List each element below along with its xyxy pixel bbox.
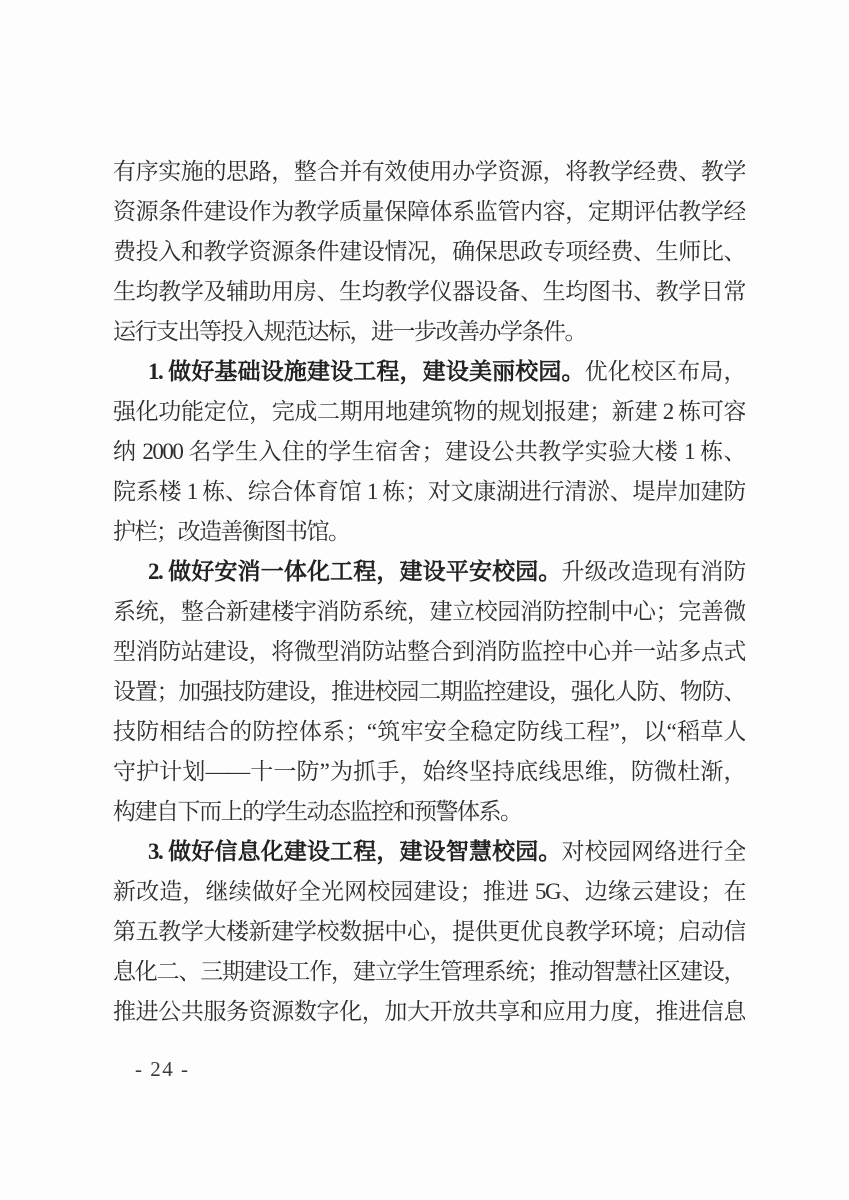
text-segment: 型消防站建设，将微型消防站整合到消防监控中心并一站多点式 <box>113 639 745 664</box>
text-line: 息化二、三期建设工作，建立学生管理系统；推动智慧社区建设， <box>113 952 745 992</box>
text-line: 生均教学及辅助用房、生均教学仪器设备、生均图书、教学日常 <box>113 272 745 312</box>
text-line: 资源条件建设作为教学质量保障体系监管内容，定期评估教学经 <box>113 192 745 232</box>
text-line: 护栏；改造善衡图书馆。 <box>113 512 745 552</box>
paragraph-3: 2. 做好安消一体化工程，建设平安校园。升级改造现有消防系统，整合新建楼宇消防系… <box>113 552 745 832</box>
text-segment: 推进公共服务资源数字化，加大开放共享和应用力度，推进信息 <box>113 999 745 1024</box>
text-line: 设置；加强技防建设，推进校园二期监控建设，强化人防、物防、 <box>113 672 745 712</box>
text-line: 构建自下而上的学生动态监控和预警体系。 <box>113 792 745 832</box>
text-segment: 费投入和教学资源条件建设情况，确保思政专项经费、生师比、 <box>113 239 745 264</box>
text-line: 型消防站建设，将微型消防站整合到消防监控中心并一站多点式 <box>113 632 745 672</box>
text-line: 2. 做好安消一体化工程，建设平安校园。升级改造现有消防 <box>113 552 745 592</box>
text-line: 院系楼 1 栋、综合体育馆 1 栋；对文康湖进行清淤、堤岸加建防 <box>113 472 745 512</box>
text-line: 有序实施的思路，整合并有效使用办学资源，将教学经费、教学 <box>113 152 745 192</box>
text-line: 守护计划——十一防”为抓手，始终坚持底线思维，防微杜渐， <box>113 752 745 792</box>
bold-heading-segment: 2. 做好安消一体化工程，建设平安校园。 <box>148 559 562 584</box>
page-number: - 24 - <box>135 1056 190 1082</box>
text-segment: 对校园网络进行全 <box>562 839 745 864</box>
text-line: 纳 2000 名学生入住的学生宿舍；建设公共教学实验大楼 1 栋、 <box>113 432 745 472</box>
text-line: 1. 做好基础设施建设工程，建设美丽校园。优化校区布局， <box>113 352 745 392</box>
text-segment: 优化校区布局， <box>585 359 745 384</box>
text-segment: 系统，整合新建楼宇消防系统，建立校园消防控制中心；完善微 <box>113 599 745 624</box>
text-line: 3. 做好信息化建设工程，建设智慧校园。对校园网络进行全 <box>113 832 745 872</box>
paragraph-1: 有序实施的思路，整合并有效使用办学资源，将教学经费、教学资源条件建设作为教学质量… <box>113 152 745 352</box>
text-line: 新改造，继续做好全光网校园建设；推进 5G、边缘云建设；在 <box>113 872 745 912</box>
bold-heading-segment: 3. 做好信息化建设工程，建设智慧校园。 <box>148 839 562 864</box>
document-page: 有序实施的思路，整合并有效使用办学资源，将教学经费、教学资源条件建设作为教学质量… <box>0 0 849 1200</box>
text-line: 推进公共服务资源数字化，加大开放共享和应用力度，推进信息 <box>113 992 745 1032</box>
paragraph-4: 3. 做好信息化建设工程，建设智慧校园。对校园网络进行全新改造，继续做好全光网校… <box>113 832 745 1032</box>
text-segment: 运行支出等投入规范达标，进一步改善办学条件。 <box>113 319 586 344</box>
text-segment: 设置；加强技防建设，推进校园二期监控建设，强化人防、物防、 <box>113 679 745 704</box>
text-block: 有序实施的思路，整合并有效使用办学资源，将教学经费、教学资源条件建设作为教学质量… <box>113 152 745 1032</box>
text-line: 强化功能定位，完成二期用地建筑物的规划报建；新建 2 栋可容 <box>113 392 745 432</box>
text-segment: 生均教学及辅助用房、生均教学仪器设备、生均图书、教学日常 <box>113 279 745 304</box>
text-segment: 息化二、三期建设工作，建立学生管理系统；推动智慧社区建设， <box>113 959 745 984</box>
text-segment: 构建自下而上的学生动态监控和预警体系。 <box>113 799 522 824</box>
text-segment: 新改造，继续做好全光网校园建设；推进 5G、边缘云建设；在 <box>113 879 745 904</box>
text-segment: 升级改造现有消防 <box>562 559 745 584</box>
paragraph-2: 1. 做好基础设施建设工程，建设美丽校园。优化校区布局，强化功能定位，完成二期用… <box>113 352 745 552</box>
bold-heading-segment: 1. 做好基础设施建设工程，建设美丽校园。 <box>148 359 585 384</box>
text-line: 技防相结合的防控体系；“筑牢安全稳定防线工程”，以“稻草人 <box>113 712 745 752</box>
text-line: 费投入和教学资源条件建设情况，确保思政专项经费、生师比、 <box>113 232 745 272</box>
text-segment: 资源条件建设作为教学质量保障体系监管内容，定期评估教学经 <box>113 199 745 224</box>
text-line: 第五教学大楼新建学校数据中心，提供更优良教学环境；启动信 <box>113 912 745 952</box>
text-line: 运行支出等投入规范达标，进一步改善办学条件。 <box>113 312 745 352</box>
text-segment: 守护计划——十一防”为抓手，始终坚持底线思维，防微杜渐， <box>113 759 745 784</box>
text-segment: 技防相结合的防控体系；“筑牢安全稳定防线工程”，以“稻草人 <box>113 719 745 744</box>
text-segment: 有序实施的思路，整合并有效使用办学资源，将教学经费、教学 <box>113 159 745 184</box>
text-segment: 纳 2000 名学生入住的学生宿舍；建设公共教学实验大楼 1 栋、 <box>113 439 745 464</box>
text-segment: 护栏；改造善衡图书馆。 <box>113 519 350 544</box>
text-segment: 强化功能定位，完成二期用地建筑物的规划报建；新建 2 栋可容 <box>113 399 745 424</box>
text-segment: 院系楼 1 栋、综合体育馆 1 栋；对文康湖进行清淤、堤岸加建防 <box>113 479 745 504</box>
text-segment: 第五教学大楼新建学校数据中心，提供更优良教学环境；启动信 <box>113 919 745 944</box>
text-line: 系统，整合新建楼宇消防系统，建立校园消防控制中心；完善微 <box>113 592 745 632</box>
